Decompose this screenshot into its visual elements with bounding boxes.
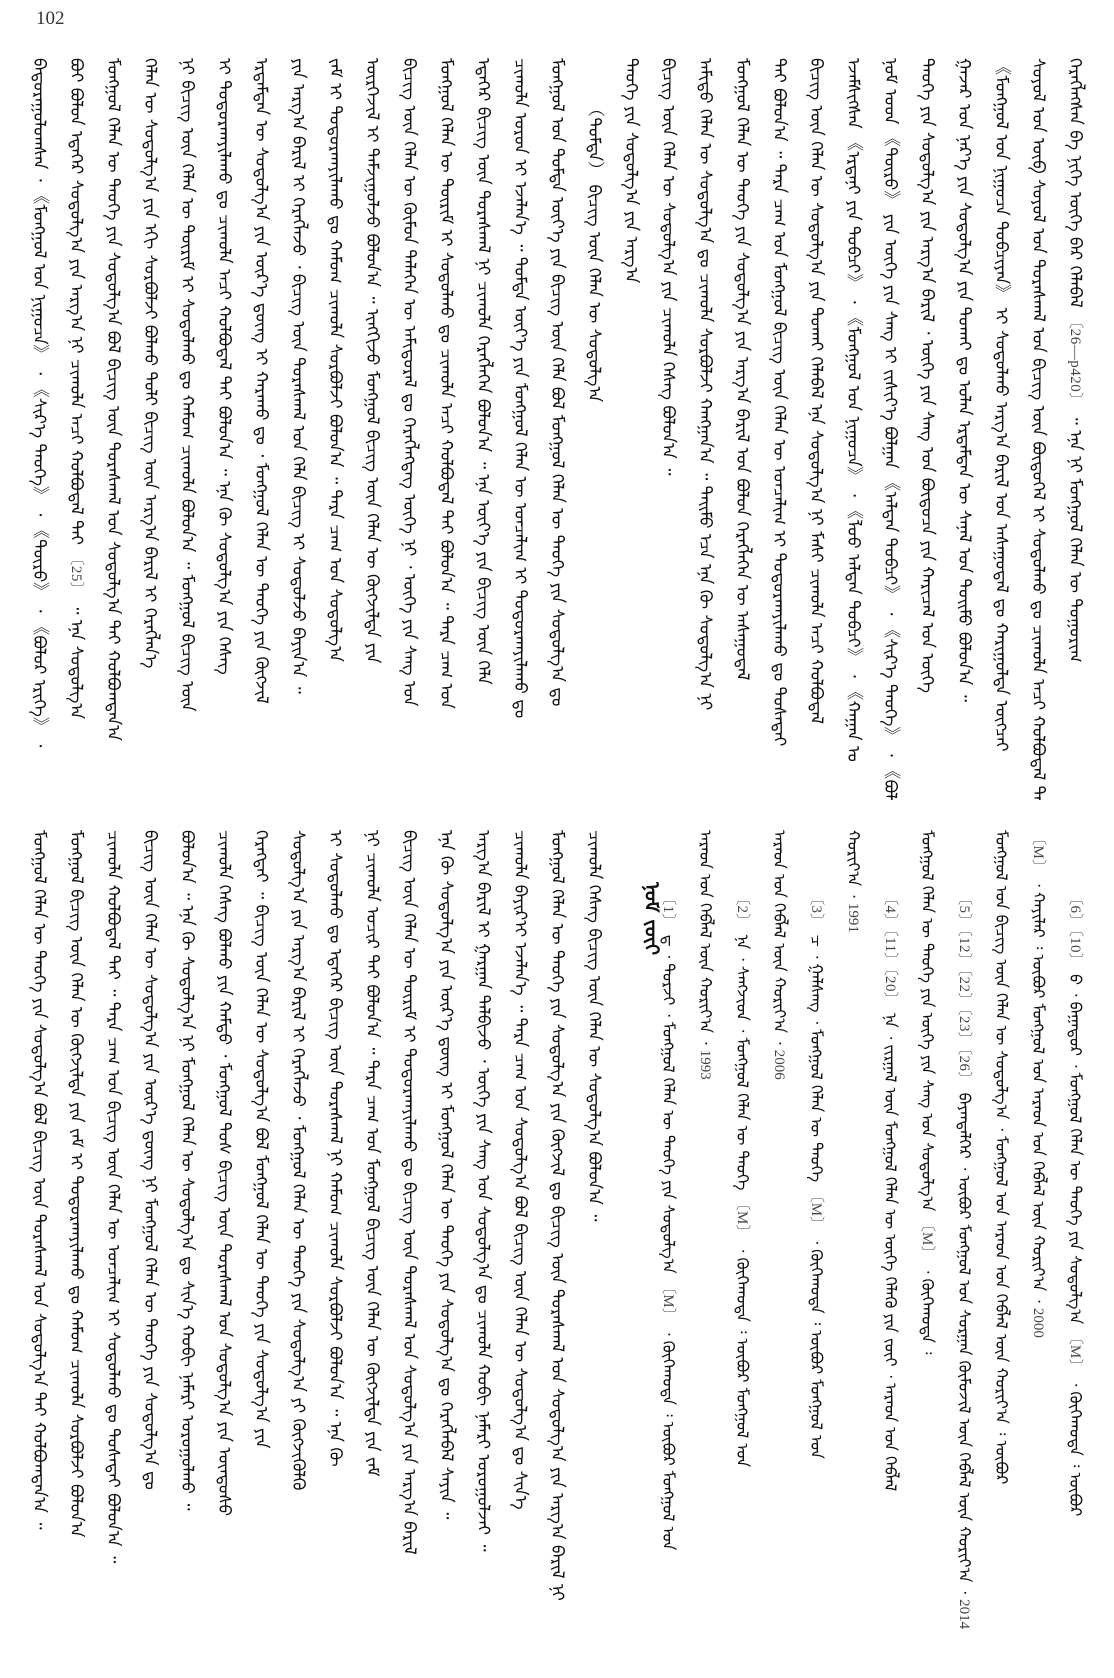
year: 1991: [845, 903, 861, 933]
mongolian-text: ᠠᠮᠢᠳᠤ ᠬᠡᠯᠡᠨ ᠦ ᠰᠤᠳᠤᠯᠭ᠎ᠠ ᠳᠤ ᠴᠢᠬᠤᠯᠠ ᠰᠤᠷᠪᠤᠯᠵ…: [695, 58, 715, 710]
reference-entry: ᠠᠷᠠᠳ ᠤᠨ ᠬᠡᠪᠯᠡᠯ ᠦᠨ ᠬᠣᠷᠢᠶ᠎ᠠ ᠂ 1993: [693, 830, 717, 1660]
text-column: ᠡᠷᠳᠡᠮᠲᠡᠨ ᠦ ᠰᠤᠳᠤᠯᠭ᠎ᠠ ᠶᠢᠨ ᠦᠷ᠎ᠡ ᠳ᠋ᠦᠩ ᠢ ᠬᠠᠷᠠ…: [249, 58, 273, 800]
reference-entry: 〔2〕 ᠨᠠ ᠂ ᠰᠠᠩᠵᠢᠳ ᠂ ᠮᠣᠩᠭᠣᠯ ᠬᠡᠯᠡᠨ ᠦ ᠲᠡᠦᠬᠡ 〔…: [730, 890, 754, 1660]
text-column: ᠮᠣᠩᠭᠣᠯ ᠬᠡᠯᠡᠨ ᠦ ᠲᠡᠦᠬᠡ ᠶᠢᠨ ᠰᠤᠳᠤᠯᠭ᠎ᠠ ᠪᠣᠯ ᠪᠢ…: [27, 830, 51, 1668]
text-column: ᠢ ᠰᠤᠳᠤᠯᠬᠤ ᠳᠤ ᠡᠳᠡᠭᠡᠷ ᠪᠢᠴᠢᠭ ᠦᠨ ᠳᠤᠷᠠᠰᠬᠠᠯ ᠨᠢ…: [323, 830, 347, 1668]
citation-marker: 〔26—p420〕: [1067, 313, 1083, 408]
text-column: ᠴᠢᠬᠤᠯᠠ ᠪᠠᠶᠢᠷ᠎ᠢ ᠡᠵᠡᠯᠡᠨ᠎ᠡ ᠃ ᠲᠡᠷᠡ ᠴᠠᠭ ᠤᠨ ᠰᠤ…: [508, 830, 532, 1668]
main-text-top-band: ᠬᠡᠷᠡᠭᠯᠡᠭᠰᠡᠨ ᠪᠠ ᠨᠢᠭᠡ ᠦᠭᠡ ᠪᠡᠷ ᠬᠡᠯᠡᠪᠡᠯ 〔26—…: [0, 0, 1114, 810]
mongolian-text: ᠴ ᠂ ᠭᠠᠯᠰᠠᠩ ᠂ ᠮᠣᠩᠭᠣᠯ ᠬᠡᠯᠡᠨ ᠦ ᠲᠡᠦᠬᠡ: [807, 929, 826, 1187]
mongolian-text: ᠂ ᠬᠥᠬᠡᠬᠣᠲᠠ ᠄ ᠥᠪᠥᠷ ᠮᠣᠩᠭᠣᠯ ᠤᠨ: [807, 1232, 826, 1459]
mongolian-text: ᠴᠢᠬᠤᠯᠠ ᠬᠡᠰᠡᠭ ᠪᠣᠯᠬᠤ ᠶᠢᠨ ᠬᠠᠮᠲᠤ ᠂ ᠮᠣᠩᠭᠣᠯ ᠲᠤ…: [214, 830, 234, 1516]
text-column: ᠡᠨᠡ ᠬᠦ ᠰᠤᠳᠤᠯᠭ᠎ᠠ ᠶᠢᠨ ᠦᠷ᠎ᠡ ᠳ᠋ᠦᠩ ᠢ ᠮᠣᠩᠭᠣᠯ ᠬ…: [434, 830, 458, 1668]
mongolian-text: ᠶᠢᠨ ᠠᠷᠭ᠎ᠠ ᠪᠠᠷᠢᠯ ᠢ ᠬᠡᠷᠡᠭᠯᠡᠵᠦ ᠂ ᠪᠢᠴᠢᠭ ᠦᠨ ᠳ…: [288, 58, 308, 694]
citation-marker: 〔3〕: [808, 890, 824, 929]
mongolian-text: ᠮᠣᠩᠭᠣᠯ ᠤᠨ ᠳᠤᠮᠳᠠ ᠦᠶ᠎ᠡ ᠶᠢᠨ ᠪᠢᠴᠢᠭ ᠦᠨ ᠬᠡᠯᠡ ᠪ…: [547, 58, 567, 706]
reference-entry: ᠮᠣᠩᠭᠣᠯ ᠬᠡᠯᠡᠨ ᠦ ᠲᠡᠦᠬᠡ ᠶᠢᠨ ᠦᠭᠡ ᠶᠢᠨ ᠰᠠᠩ ᠤᠨ …: [915, 830, 939, 1660]
reference-entry: 〔M〕 ᠂ ᠬᠠᠶᠢᠯᠠᠷ ᠄ ᠥᠪᠥᠷ ᠮᠣᠩᠭᠣᠯ ᠤᠨ ᠠᠷᠠᠳ ᠤᠨ ᠬ…: [1026, 830, 1050, 1660]
mongolian-text: ᠪ ᠂ ᠪᠠᠭᠠᠲᠤᠷ ᠂ ᠮᠣᠩᠭᠣᠯ ᠬᠡᠯᠡᠨ ᠦ ᠲᠡᠦᠬᠡ ᠶᠢᠨ ᠰ…: [1066, 969, 1085, 1330]
citation-marker: 〔M〕: [734, 1196, 750, 1241]
mongolian-text: ᠲᠡᠦᠬᠡ ᠶᠢᠨ ᠰᠤᠳᠤᠯᠭ᠎ᠠ ᠶᠢᠨ ᠠᠷᠭ᠎ᠠ: [621, 58, 641, 283]
citation-marker: 〔4〕: [882, 890, 898, 929]
text-column: ᠪᠢᠴᠢᠭ ᠦᠨ ᠬᠡᠯᠡᠨ ᠦ ᠰᠤᠳᠤᠯᠭ᠎ᠠ ᠶᠢᠨ ᠦᠷ᠎ᠡ ᠳ᠋ᠦᠩ …: [138, 830, 162, 1668]
mongolian-text: ᠵᠠᠮ ᠢ ᠲᠣᠳᠤᠷᠬᠠᠶᠢᠯᠠᠬᠤ ᠳᠤ ᠬᠠᠮᠤᠭ ᠴᠢᠬᠤᠯᠠ ᠰᠤᠷᠪ…: [325, 58, 345, 662]
text-column: ᠵᠠᠮ ᠢ ᠲᠣᠳᠤᠷᠬᠠᠶᠢᠯᠠᠬᠤ ᠳᠤ ᠬᠠᠮᠤᠭ ᠴᠢᠬᠤᠯᠠ ᠰᠤᠷᠪ…: [323, 58, 347, 800]
citation-marker: 〔5〕: [956, 890, 972, 929]
reference-entry: 〔4〕〔11〕〔20〕 ᠨᠠ ᠂ ᠵᠢᠷᠭᠠᠯ ᠦᠨ ᠮᠣᠩᠭᠣᠯ ᠬᠡᠯᠡᠨ …: [878, 890, 902, 1660]
year: 1993: [697, 1050, 713, 1080]
mongolian-text: ᠬᠣᠷᠢᠶ᠎ᠠ ᠂: [844, 830, 863, 903]
mongolian-text: ᠠᠷᠠᠳ ᠤᠨ ᠬᠡᠪᠯᠡᠯ ᠦᠨ ᠬᠣᠷᠢᠶ᠎ᠠ ᠂: [696, 830, 715, 1050]
year: 2014: [956, 1599, 972, 1629]
text-column: ᠬᠡᠷᠡᠭᠲᠡᠢ ᠃ ᠪᠢᠴᠢᠭ ᠦᠨ ᠬᠡᠯᠡᠨ ᠦ ᠰᠤᠳᠤᠯᠭ᠎ᠠ ᠪᠣᠯ…: [249, 830, 273, 1668]
text-column: ᠪᠣᠯᠤᠨ᠎ᠠ ᠃ ᠡᠨᠡ ᠬᠦ ᠰᠤᠳᠤᠯᠭ᠎ᠠ ᠨᠢ ᠮᠣᠩᠭᠣᠯ ᠬᠡᠯᠡ…: [175, 830, 199, 1668]
citation-marker: 〔2〕: [734, 890, 750, 929]
mongolian-text: ᠨᠢ ᠪᠢᠴᠢᠭ ᠦᠨ ᠬᠡᠯᠡᠨ ᠦ ᠳᠦᠷᠢᠮ ᠢ ᠰᠤᠳᠤᠯᠬᠤ ᠳᠤ ᠬ…: [177, 58, 197, 712]
citation-marker: 〔6〕: [1067, 890, 1083, 929]
mongolian-text: ᠮᠣᠩᠭᠣᠯ ᠬᠡᠯᠡᠨ ᠦ ᠲᠡᠦᠬᠡ ᠶᠢᠨ ᠰᠤᠳᠤᠯᠭ᠎ᠠ ᠪᠣᠯ ᠪᠢ…: [29, 830, 49, 1530]
mongolian-text: ᠪᠤᠢ ᠪᠣᠯᠤᠨ ᠡᠳᠡᠭᠡᠷ ᠰᠤᠳᠤᠯᠭ᠎ᠠ ᠶᠢᠨ ᠠᠷᠭ᠎ᠠ ᠨᠢ ᠴ…: [66, 58, 86, 550]
mongolian-text: ᠪᠢᠴᠢᠭ ᠦᠨ ᠬᠡᠯᠡᠨ ᠦ ᠬᠦᠮᠦᠨ ᠲᠡᠯᠡᠭᠡᠨ ᠦ ᠠᠮᠢᠳᠤᠷᠠ…: [399, 58, 419, 706]
mongolian-text: ᠃ ᠡᠨᠡ ᠨᠢ ᠮᠣᠩᠭᠣᠯ ᠬᠡᠯᠡᠨ ᠦ ᠲᠤᠭᠤᠷᠢᠭ: [1065, 408, 1085, 663]
mongolian-text: ᠢ ᠰᠤᠳᠤᠯᠬᠤ ᠳᠤ ᠡᠳᠡᠭᠡᠷ ᠪᠢᠴᠢᠭ ᠦᠨ ᠳᠤᠷᠠᠰᠬᠠᠯ ᠨᠢ…: [325, 830, 345, 1467]
mongolian-text: ᠲᠡᠦᠬᠡ ᠶᠢᠨ ᠰᠤᠳᠤᠯᠭ᠎ᠠ ᠶᠢᠨ ᠠᠷᠭ᠎ᠠ ᠪᠠᠷᠢᠯ ᠂ ᠦᠭᠡ…: [917, 58, 937, 693]
mongolian-text: ᠪᠢᠴᠢᠭ ᠦᠨ ᠬᠡᠯᠡᠨ ᠦ ᠰᠤᠳᠤᠯᠭ᠎ᠠ ᠶᠢᠨ ᠦᠷ᠎ᠡ ᠳ᠋ᠦᠩ …: [140, 830, 160, 1490]
mongolian-text: ᠪᠠᠳᠤᠷᠠᠭᠤᠯᠤᠭᠰᠠᠨ ᠂ 《ᠮᠣᠩᠭᠣᠯ ᠤᠨ ᠨᠢᠭᠤᠴᠠ》 ᠂ 《ᠰ…: [29, 58, 49, 747]
mongolian-text: ᠨᠠ ᠂ ᠵᠢᠷᠭᠠᠯ ᠦᠨ ᠮᠣᠩᠭᠣᠯ ᠬᠡᠯᠡᠨ ᠦ ᠦᠭᠡ ᠬᠡᠯᠡᠬᠦ…: [881, 1007, 900, 1491]
citation-marker: 〔M〕: [808, 1187, 824, 1232]
text-column: ᠮᠣᠩᠭᠣᠯ ᠬᠡᠯᠡᠨ ᠦ ᠳᠦᠷᠢᠮ ᠢ ᠰᠤᠳᠤᠯᠬᠤ ᠳᠤ ᠴᠢᠬᠤᠯᠠ…: [434, 58, 458, 800]
mongolian-text: ᠮᠣᠩᠭᠣᠯ ᠬᠡᠯᠡᠨ ᠦ ᠳᠦᠷᠢᠮ ᠢ ᠰᠤᠳᠤᠯᠬᠤ ᠳᠤ ᠴᠢᠬᠤᠯᠠ…: [436, 58, 456, 709]
text-column: ᠠᠷᠭ᠎ᠠ ᠪᠠᠷᠢᠯ ᠢ ᠭᠠᠷᠭᠠᠨ ᠲᠠᠯᠪᠢᠵᠤ ᠂ ᠦᠭᠡ ᠶᠢᠨ ᠰ…: [471, 830, 495, 1668]
mongolian-text: ᠡᠵᠡᠮᠰᠢᠭᠰᠡᠨ 《ᠡᠷᠳᠡᠨᠢ ᠶᠢᠨ ᠲᠣᠪᠴᠢ》 ᠂ 《ᠮᠣᠩᠭᠣᠯ …: [843, 58, 863, 762]
reference-entry: 〔1〕 ᠳ ᠂ ᠳᠣᠷᠵᠢ ᠂ ᠮᠣᠩᠭᠣᠯ ᠬᠡᠯᠡᠨ ᠦ ᠲᠡᠦᠬᠡ ᠶᠢᠨ…: [656, 890, 680, 1660]
text-column: ᠨᠢ ᠪᠢᠴᠢᠭ ᠦᠨ ᠬᠡᠯᠡᠨ ᠦ ᠳᠦᠷᠢᠮ ᠢ ᠰᠤᠳᠤᠯᠬᠤ ᠳᠤ ᠬ…: [175, 58, 199, 800]
text-column: ᠪᠢᠴᠢᠭ ᠦᠨ ᠬᠡᠯᠡᠨ ᠦ ᠰᠤᠳᠤᠯᠭ᠎ᠠ ᠶᠢᠨ ᠴᠢᠬᠤᠯᠠ ᠬᠡᠰ…: [656, 58, 680, 800]
text-column: ᠠᠮᠢᠳᠤ ᠬᠡᠯᠡᠨ ᠦ ᠰᠤᠳᠤᠯᠭ᠎ᠠ ᠳᠤ ᠴᠢᠬᠤᠯᠠ ᠰᠤᠷᠪᠤᠯᠵ…: [693, 58, 717, 800]
mongolian-text: ᠪᠠᠶᠠᠨᠳᠡᠯᠭᠡᠷ ᠂ ᠥᠪᠥᠷ ᠮᠣᠩᠭᠣᠯ ᠤᠨ ᠰᠤᠷᠭᠠᠨ ᠬᠦᠮᠦ…: [955, 1087, 974, 1599]
mongolian-text: ᠴᠢᠬᠤᠯᠠ ᠬᠣᠯᠪᠣᠳᠠᠯ ᠲᠠᠢ ᠃ ᠲᠡᠷᠡ ᠴᠠᠭ ᠤᠨ ᠪᠢᠴᠢᠭ …: [103, 830, 123, 1563]
text-column: ᠡᠵᠡᠮᠰᠢᠭᠰᠡᠨ 《ᠡᠷᠳᠡᠨᠢ ᠶᠢᠨ ᠲᠣᠪᠴᠢ》 ᠂ 《ᠮᠣᠩᠭᠣᠯ …: [841, 58, 865, 800]
mongolian-text: ᠠᠷᠠᠳ ᠤᠨ ᠬᠡᠪᠯᠡᠯ ᠦᠨ ᠬᠣᠷᠢᠶ᠎ᠠ ᠂: [770, 830, 789, 1050]
mongolian-text: （ᠳᠤᠮᠳᠠ） ᠪᠢᠴᠢᠭ ᠦᠨ ᠬᠡᠯᠡᠨ ᠦ ᠰᠤᠳᠤᠯᠭ᠎ᠠ: [584, 100, 604, 402]
mongolian-text: ᠴᠢᠬᠤᠯᠠ ᠣᠷᠣᠨ ᠢ ᠡᠵᠡᠯᠡᠨ᠎ᠡ ᠃ ᠳᠤᠮᠳᠠ ᠦᠶ᠎ᠡ ᠶᠢᠨ …: [510, 58, 530, 718]
mongolian-text: ᠨᠢ ᠴᠢᠬᠤᠯᠠ ᠤᠴᠢᠷ ᠲᠠᠢ ᠪᠣᠯᠤᠨ᠎ᠠ ᠃ ᠲᠡᠷᠡ ᠴᠠᠭ ᠤᠨ…: [362, 830, 382, 1477]
citation-marker: 〔10〕: [1067, 929, 1083, 969]
citation-marker: 〔12〕: [956, 929, 972, 969]
mongolian-text: ᠂ ᠬᠠᠶᠢᠯᠠᠷ ᠄ ᠥᠪᠥᠷ ᠮᠣᠩᠭᠣᠯ ᠤᠨ ᠠᠷᠠᠳ ᠤᠨ ᠬᠡᠪᠯᠡ…: [1029, 875, 1048, 1308]
mongolian-text: ᠬᠡᠯᠡᠨ ᠦ ᠰᠤᠳᠤᠯᠭ᠎ᠠ ᠶᠢᠨ ᠡᠬᠢ ᠰᠤᠷᠪᠤᠯᠵᠢ ᠪᠣᠯᠬᠤ …: [140, 58, 160, 668]
mongolian-text: ᠮᠣᠩᠭᠣᠯ ᠤᠨ ᠪᠢᠴᠢᠭ ᠦᠨ ᠬᠡᠯᠡᠨ ᠦ ᠰᠤᠳᠤᠯᠭ᠎ᠠ ᠂ ᠮᠣ…: [992, 830, 1011, 1484]
mongolian-text: ᠂ ᠬᠥᠬᠡᠬᠣᠲᠠ ᠄: [918, 1261, 937, 1354]
text-column: ᠨᠣᠮ ᠤᠳ 《ᠲᠦᠷᠦ》 ᠶᠢᠨ ᠦᠭᠡ ᠶᠢᠨ ᠰᠠᠩ ᠢ ᠵᠢᠱᠢᠶ᠎ᠡ …: [878, 58, 902, 800]
mongolian-text: ᠂ ᠬᠥᠬᠡᠬᠣᠲᠠ ᠄ ᠥᠪᠥᠷ ᠮᠣᠩᠭᠣᠯ ᠤᠨ: [733, 1240, 752, 1467]
text-column: ᠮᠣᠩᠭᠣᠯ ᠤᠨ ᠳᠤᠮᠳᠠ ᠦᠶ᠎ᠡ ᠶᠢᠨ ᠪᠢᠴᠢᠭ ᠦᠨ ᠬᠡᠯᠡ ᠪ…: [545, 58, 569, 800]
text-column: ᠭᠠᠵᠠᠷ ᠤᠨ ᠨᠡᠷ᠎ᠡ ᠶᠢᠨ ᠰᠤᠳᠤᠯᠭ᠎ᠠ ᠶᠢᠨ ᠲᠤᠬᠠᠢ ᠳᠤ…: [952, 58, 976, 800]
text-column: （ᠳᠤᠮᠳᠠ） ᠪᠢᠴᠢᠭ ᠦᠨ ᠬᠡᠯᠡᠨ ᠦ ᠰᠤᠳᠤᠯᠭ᠎ᠠ: [582, 100, 606, 580]
mongolian-text: ᠂ ᠬᠥᠬᠡᠬᠣᠲᠠ ᠄ ᠥᠪᠥᠷ: [1066, 1374, 1085, 1516]
text-column: ᠴᠢᠬᠤᠯᠠ ᠬᠣᠯᠪᠣᠳᠠᠯ ᠲᠠᠢ ᠃ ᠲᠡᠷᠡ ᠴᠠᠭ ᠤᠨ ᠪᠢᠴᠢᠭ …: [101, 830, 125, 1668]
mongolian-text: ᠬᠡᠷᠡᠭᠲᠡᠢ ᠃ ᠪᠢᠴᠢᠭ ᠦᠨ ᠬᠡᠯᠡᠨ ᠦ ᠰᠤᠳᠤᠯᠭ᠎ᠠ ᠪᠣᠯ…: [251, 830, 271, 1449]
bottom-band: ᠴᠢᠬᠤᠯᠠ ᠬᠡᠰᠡᠭ ᠪᠢᠴᠢᠭ ᠦᠨ ᠬᠡᠯᠡᠨ ᠦ ᠰᠤᠳᠤᠯᠭ᠎ᠠ ᠪ…: [0, 810, 1114, 1678]
mongolian-text: ᠴᠢᠬᠤᠯᠠ ᠬᠡᠰᠡᠭ ᠪᠢᠴᠢᠭ ᠦᠨ ᠬᠡᠯᠡᠨ ᠦ ᠰᠤᠳᠤᠯᠭ᠎ᠠ ᠪ…: [584, 830, 604, 1221]
mongolian-text: ᠦᠷᠭᠡᠵᠢᠯ ᠢ ᠳᠠᠮᠵᠢᠭᠤᠯᠵᠤ ᠪᠣᠯᠤᠨ᠎ᠠ ᠃ ᠢᠩᠭᠢᠵᠦ ᠮᠣ…: [362, 58, 382, 663]
citation-marker: 〔11〕: [882, 929, 898, 968]
mongolian-text: ᠮᠣᠩᠭᠣᠯ ᠬᠡᠯᠡᠨ ᠦ ᠲᠡᠦᠬᠡ ᠶᠢᠨ ᠰᠤᠳᠤᠯᠭ᠎ᠠ ᠶᠢᠨ ᠬᠥ…: [547, 830, 567, 1601]
year: 2006: [771, 1050, 787, 1080]
mongolian-text: ᠡᠳᠡᠭᠡᠷ ᠪᠢᠴᠢᠭ ᠦᠨ ᠳᠤᠷᠠᠰᠬᠠᠯ ᠨᠢ ᠴᠢᠬᠤᠯᠠ ᠬᠡᠷᠡᠭ…: [473, 58, 493, 685]
citation-marker: 〔M〕: [660, 1279, 676, 1324]
mongolian-text: ᠃ ᠡᠨᠡ ᠰᠤᠳᠤᠯᠭ᠎ᠠ: [66, 597, 86, 719]
reference-entry: ᠬᠣᠷᠢᠶ᠎ᠠ ᠂ 1991: [841, 830, 865, 1660]
text-column: 《ᠮᠣᠩᠭᠣᠯ ᠤᠨ ᠨᠢᠭᠤᠴᠠ ᠲᠣᠪᠴᠢᠶᠠᠨ》 ᠢ ᠰᠤᠳᠤᠯᠬᠤ ᠠᠷ…: [989, 58, 1013, 800]
reference-entry: ᠮᠣᠩᠭᠣᠯ ᠤᠨ ᠪᠢᠴᠢᠭ ᠦᠨ ᠬᠡᠯᠡᠨ ᠦ ᠰᠤᠳᠤᠯᠭ᠎ᠠ ᠂ ᠮᠣ…: [989, 830, 1013, 1660]
text-column: ᠮᠣᠩᠭᠣᠯ ᠬᠡᠯᠡᠨ ᠦ ᠲᠡᠦᠬᠡ ᠶᠢᠨ ᠰᠤᠳᠤᠯᠭ᠎ᠠ ᠶᠢᠨ ᠬᠥ…: [545, 830, 569, 1668]
text-column: ᠢ ᠲᠣᠳᠤᠷᠬᠠᠶᠢᠯᠠᠬᠤ ᠳᠤ ᠴᠢᠬᠤᠯᠠ ᠠᠴᠢ ᠬᠣᠯᠪᠣᠳᠠᠯ ᠲ…: [212, 58, 236, 800]
mongolian-text: ᠨᠠ ᠂ ᠰᠠᠩᠵᠢᠳ ᠂ ᠮᠣᠩᠭᠣᠯ ᠬᠡᠯᠡᠨ ᠦ ᠲᠡᠦᠬᠡ: [733, 929, 752, 1196]
text-column: ᠨᠢ ᠴᠢᠬᠤᠯᠠ ᠤᠴᠢᠷ ᠲᠠᠢ ᠪᠣᠯᠤᠨ᠎ᠠ ᠃ ᠲᠡᠷᠡ ᠴᠠᠭ ᠤᠨ…: [360, 830, 384, 1668]
text-column: ᠲᠡᠦᠬᠡ ᠶᠢᠨ ᠰᠤᠳᠤᠯᠭ᠎ᠠ ᠶᠢᠨ ᠠᠷᠭ᠎ᠠ ᠪᠠᠷᠢᠯ ᠂ ᠦᠭᠡ…: [915, 58, 939, 800]
mongolian-text: ᠭᠠᠵᠠᠷ ᠤᠨ ᠨᠡᠷ᠎ᠡ ᠶᠢᠨ ᠰᠤᠳᠤᠯᠭ᠎ᠠ ᠶᠢᠨ ᠲᠤᠬᠠᠢ ᠳᠤ…: [954, 58, 974, 702]
citation-marker: 〔23〕: [956, 1008, 972, 1048]
mongolian-text: ᠪᠢᠴᠢᠭ ᠦᠨ ᠬᠡᠯᠡᠨ ᠦ ᠰᠤᠳᠤᠯᠭ᠎ᠠ ᠶᠢᠨ ᠲᠤᠬᠠᠢ ᠬᠡᠯᠡ…: [806, 58, 826, 724]
citation-marker: 〔25〕: [68, 550, 84, 597]
mongolian-text: ᠂ ᠬᠥᠬᠡᠬᠣᠲᠠ ᠄ ᠥᠪᠥᠷ ᠮᠣᠩᠭᠣᠯ ᠤᠨ: [659, 1324, 678, 1551]
year: 2000: [1030, 1308, 1046, 1338]
mongolian-text: ᠬᠡᠷᠡᠭᠯᠡᠭᠰᠡᠨ ᠪᠠ ᠨᠢᠭᠡ ᠦᠭᠡ ᠪᠡᠷ ᠬᠡᠯᠡᠪᠡᠯ: [1065, 58, 1085, 313]
text-column: ᠪᠢᠴᠢᠭ ᠦᠨ ᠬᠡᠯᠡᠨ ᠦ ᠳᠦᠷᠢᠮ ᠢ ᠲᠣᠳᠤᠷᠬᠠᠶᠢᠯᠠᠬᠤ ᠳ…: [397, 830, 421, 1668]
text-column: ᠪᠠᠳᠤᠷᠠᠭᠤᠯᠤᠭᠰᠠᠨ ᠂ 《ᠮᠣᠩᠭᠣᠯ ᠤᠨ ᠨᠢᠭᠤᠴᠠ》 ᠂ 《ᠰ…: [27, 58, 51, 800]
mongolian-text: ᠲᠠᠢ ᠪᠣᠯᠤᠨ᠎ᠠ ᠃ ᠲᠡᠷᠡ ᠴᠠᠭ ᠤᠨ ᠮᠣᠩᠭᠣᠯ ᠪᠢᠴᠢᠭ ᠦ…: [769, 58, 789, 746]
reference-entry: ᠠᠷᠠᠳ ᠤᠨ ᠬᠡᠪᠯᠡᠯ ᠦᠨ ᠬᠣᠷᠢᠶ᠎ᠠ ᠂ 2006: [767, 830, 791, 1660]
text-column: ᠦᠷᠭᠡᠵᠢᠯ ᠢ ᠳᠠᠮᠵᠢᠭᠤᠯᠵᠤ ᠪᠣᠯᠤᠨ᠎ᠠ ᠃ ᠢᠩᠭᠢᠵᠦ ᠮᠣ…: [360, 58, 384, 800]
citation-marker: 〔20〕: [882, 968, 898, 1008]
citation-marker: 〔1〕: [660, 890, 676, 929]
mongolian-text: ᠡᠷᠳᠡᠮᠲᠡᠨ ᠦ ᠰᠤᠳᠤᠯᠭ᠎ᠠ ᠶᠢᠨ ᠦᠷ᠎ᠡ ᠳ᠋ᠦᠩ ᠢ ᠬᠠᠷᠠ…: [251, 58, 271, 704]
mongolian-text: ᠴᠢᠬᠤᠯᠠ ᠪᠠᠶᠢᠷ᠎ᠢ ᠡᠵᠡᠯᠡᠨ᠎ᠡ ᠃ ᠲᠡᠷᠡ ᠴᠠᠭ ᠤᠨ ᠰᠤ…: [510, 830, 530, 1510]
mongolian-text: ᠡᠨᠡ ᠬᠦ ᠰᠤᠳᠤᠯᠭ᠎ᠠ ᠶᠢᠨ ᠦᠷ᠎ᠡ ᠳ᠋ᠦᠩ ᠢ ᠮᠣᠩᠭᠣᠯ ᠬ…: [436, 830, 456, 1519]
mongolian-text: ᠮᠣᠩᠭᠣᠯ ᠪᠢᠴᠢᠭ ᠦᠨ ᠬᠡᠯᠡᠨ ᠦ ᠬᠥᠭᠵᠢᠯᠲᠡ ᠶᠢᠨ ᠵᠠᠮ…: [66, 830, 86, 1537]
text-column: ᠰᠤᠳᠤᠯᠭ᠎ᠠ ᠶᠢᠨ ᠠᠷᠭ᠎ᠠ ᠪᠠᠷᠢᠯ ᠢ ᠬᠡᠷᠡᠭᠯᠡᠵᠦ ᠂ ᠮ…: [286, 830, 310, 1668]
text-column: ᠲᠠᠢ ᠪᠣᠯᠤᠨ᠎ᠠ ᠃ ᠲᠡᠷᠡ ᠴᠠᠭ ᠤᠨ ᠮᠣᠩᠭᠣᠯ ᠪᠢᠴᠢᠭ ᠦ…: [767, 58, 791, 800]
citation-marker: 〔26〕: [956, 1048, 972, 1088]
text-column: ᠡᠳᠡᠭᠡᠷ ᠪᠢᠴᠢᠭ ᠦᠨ ᠳᠤᠷᠠᠰᠬᠠᠯ ᠨᠢ ᠴᠢᠬᠤᠯᠠ ᠬᠡᠷᠡᠭ…: [471, 58, 495, 800]
text-column: ᠮᠣᠩᠭᠣᠯ ᠪᠢᠴᠢᠭ ᠦᠨ ᠬᠡᠯᠡᠨ ᠦ ᠬᠥᠭᠵᠢᠯᠲᠡ ᠶᠢᠨ ᠵᠠᠮ…: [64, 830, 88, 1668]
citation-marker: 〔22〕: [956, 969, 972, 1009]
text-column: ᠲᠡᠦᠬᠡ ᠶᠢᠨ ᠰᠤᠳᠤᠯᠭ᠎ᠠ ᠶᠢᠨ ᠠᠷᠭ᠎ᠠ: [619, 58, 643, 478]
text-column: ᠮᠣᠩᠭᠣᠯ ᠬᠡᠯᠡᠨ ᠦ ᠲᠡᠦᠬᠡ ᠶᠢᠨ ᠰᠤᠳᠤᠯᠭ᠎ᠠ ᠶᠢᠨ ᠠᠷ…: [730, 58, 754, 800]
reference-entry: 〔6〕〔10〕 ᠪ ᠂ ᠪᠠᠭᠠᠲᠤᠷ ᠂ ᠮᠣᠩᠭᠣᠯ ᠬᠡᠯᠡᠨ ᠦ ᠲᠡᠦ…: [1063, 890, 1087, 1660]
mongolian-text: ᠪᠣᠯᠤᠨ᠎ᠠ ᠃ ᠡᠨᠡ ᠬᠦ ᠰᠤᠳᠤᠯᠭ᠎ᠠ ᠨᠢ ᠮᠣᠩᠭᠣᠯ ᠬᠡᠯᠡ…: [177, 830, 197, 1511]
mongolian-text: ᠢ ᠲᠣᠳᠤᠷᠬᠠᠶᠢᠯᠠᠬᠤ ᠳᠤ ᠴᠢᠬᠤᠯᠠ ᠠᠴᠢ ᠬᠣᠯᠪᠣᠳᠠᠯ ᠲ…: [214, 58, 234, 675]
text-column: ᠴᠢᠬᠤᠯᠠ ᠣᠷᠣᠨ ᠢ ᠡᠵᠡᠯᠡᠨ᠎ᠡ ᠃ ᠳᠤᠮᠳᠠ ᠦᠶ᠎ᠡ ᠶᠢᠨ …: [508, 58, 532, 800]
mongolian-text: ᠮᠣᠩᠭᠣᠯ ᠬᠡᠯᠡᠨ ᠦ ᠲᠡᠦᠬᠡ ᠶᠢᠨ ᠦᠭᠡ ᠶᠢᠨ ᠰᠠᠩ ᠤᠨ …: [918, 830, 937, 1217]
text-column: ᠬᠡᠷᠡᠭᠯᠡᠭᠰᠡᠨ ᠪᠠ ᠨᠢᠭᠡ ᠦᠭᠡ ᠪᠡᠷ ᠬᠡᠯᠡᠪᠡᠯ 〔26—…: [1063, 58, 1087, 800]
mongolian-text: ᠪᠢᠴᠢᠭ ᠦᠨ ᠬᠡᠯᠡᠨ ᠦ ᠰᠤᠳᠤᠯᠭ᠎ᠠ ᠶᠢᠨ ᠴᠢᠬᠤᠯᠠ ᠬᠡᠰ…: [658, 58, 678, 475]
citation-marker: 〔M〕: [1030, 830, 1046, 875]
mongolian-text: ᠳ ᠂ ᠳᠣᠷᠵᠢ ᠂ ᠮᠣᠩᠭᠣᠯ ᠬᠡᠯᠡᠨ ᠦ ᠲᠡᠦᠬᠡ ᠶᠢᠨ ᠰᠤᠳ…: [659, 929, 678, 1279]
text-column: ᠴᠢᠬᠤᠯᠠ ᠬᠡᠰᠡᠭ ᠪᠣᠯᠬᠤ ᠶᠢᠨ ᠬᠠᠮᠲᠤ ᠂ ᠮᠣᠩᠭᠣᠯ ᠲᠤ…: [212, 830, 236, 1668]
mongolian-text: ᠨᠣᠮ ᠤᠳ 《ᠲᠦᠷᠦ》 ᠶᠢᠨ ᠦᠭᠡ ᠶᠢᠨ ᠰᠠᠩ ᠢ ᠵᠢᠱᠢᠶ᠎ᠡ …: [880, 58, 900, 800]
reference-entry: 〔5〕〔12〕〔22〕〔23〕〔26〕 ᠪᠠᠶᠠᠨᠳᠡᠯᠭᠡᠷ ᠂ ᠥᠪᠥᠷ ᠮ…: [952, 890, 976, 1660]
mongolian-text: ᠮᠣᠩᠭᠣᠯ ᠬᠡᠯᠡᠨ ᠦ ᠲᠡᠦᠬᠡ ᠶᠢᠨ ᠰᠤᠳᠤᠯᠭ᠎ᠠ ᠶᠢᠨ ᠠᠷ…: [732, 58, 752, 680]
citation-marker: 〔M〕: [1067, 1329, 1083, 1374]
mongolian-text: ᠰᠣᠶᠣᠯ ᠤᠨ ᠦᠪ ᠰᠣᠶᠣᠯ ᠤᠨ ᠳᠤᠷᠠᠰᠬᠠᠯ ᠤᠨ ᠪᠢᠴᠢᠭ ᠦ…: [1028, 58, 1048, 800]
mongolian-text: 《ᠮᠣᠩᠭᠣᠯ ᠤᠨ ᠨᠢᠭᠤᠴᠠ ᠲᠣᠪᠴᠢᠶᠠᠨ》 ᠢ ᠰᠤᠳᠤᠯᠬᠤ ᠠᠷ…: [991, 58, 1011, 752]
text-column: ᠮᠣᠩᠭᠣᠯ ᠬᠡᠯᠡᠨ ᠦ ᠲᠡᠦᠬᠡ ᠶᠢᠨ ᠰᠤᠳᠤᠯᠭ᠎ᠠ ᠪᠣᠯ ᠪᠢ…: [101, 58, 125, 800]
text-column: ᠪᠢᠴᠢᠭ ᠦᠨ ᠬᠡᠯᠡᠨ ᠦ ᠬᠦᠮᠦᠨ ᠲᠡᠯᠡᠭᠡᠨ ᠦ ᠠᠮᠢᠳᠤᠷᠠ…: [397, 58, 421, 800]
text-column: ᠰᠣᠶᠣᠯ ᠤᠨ ᠦᠪ ᠰᠣᠶᠣᠯ ᠤᠨ ᠳᠤᠷᠠᠰᠬᠠᠯ ᠤᠨ ᠪᠢᠴᠢᠭ ᠦ…: [1026, 58, 1050, 800]
text-column: ᠶᠢᠨ ᠠᠷᠭ᠎ᠠ ᠪᠠᠷᠢᠯ ᠢ ᠬᠡᠷᠡᠭᠯᠡᠵᠦ ᠂ ᠪᠢᠴᠢᠭ ᠦᠨ ᠳ…: [286, 58, 310, 800]
mongolian-text: ᠰᠤᠳᠤᠯᠭ᠎ᠠ ᠶᠢᠨ ᠠᠷᠭ᠎ᠠ ᠪᠠᠷᠢᠯ ᠢ ᠬᠡᠷᠡᠭᠯᠡᠵᠦ ᠂ ᠮ…: [288, 830, 308, 1490]
reference-entry: 〔3〕 ᠴ ᠂ ᠭᠠᠯᠰᠠᠩ ᠂ ᠮᠣᠩᠭᠣᠯ ᠬᠡᠯᠡᠨ ᠦ ᠲᠡᠦᠬᠡ 〔M…: [804, 890, 828, 1660]
text-column: ᠬᠡᠯᠡᠨ ᠦ ᠰᠤᠳᠤᠯᠭ᠎ᠠ ᠶᠢᠨ ᠡᠬᠢ ᠰᠤᠷᠪᠤᠯᠵᠢ ᠪᠣᠯᠬᠤ …: [138, 58, 162, 800]
mongolian-text: ᠪᠢᠴᠢᠭ ᠦᠨ ᠬᠡᠯᠡᠨ ᠦ ᠳᠦᠷᠢᠮ ᠢ ᠲᠣᠳᠤᠷᠬᠠᠶᠢᠯᠠᠬᠤ ᠳ…: [399, 830, 419, 1555]
text-column: ᠪᠤᠢ ᠪᠣᠯᠤᠨ ᠡᠳᠡᠭᠡᠷ ᠰᠤᠳᠤᠯᠭ᠎ᠠ ᠶᠢᠨ ᠠᠷᠭ᠎ᠠ ᠨᠢ ᠴ…: [64, 58, 88, 800]
text-column: ᠪᠢᠴᠢᠭ ᠦᠨ ᠬᠡᠯᠡᠨ ᠦ ᠰᠤᠳᠤᠯᠭ᠎ᠠ ᠶᠢᠨ ᠲᠤᠬᠠᠢ ᠬᠡᠯᠡ…: [804, 58, 828, 800]
citation-marker: 〔M〕: [919, 1217, 935, 1262]
mongolian-text: ᠮᠣᠩᠭᠣᠯ ᠬᠡᠯᠡᠨ ᠦ ᠲᠡᠦᠬᠡ ᠶᠢᠨ ᠰᠤᠳᠤᠯᠭ᠎ᠠ ᠪᠣᠯ ᠪᠢ…: [103, 58, 123, 741]
mongolian-text: ᠠᠷᠭ᠎ᠠ ᠪᠠᠷᠢᠯ ᠢ ᠭᠠᠷᠭᠠᠨ ᠲᠠᠯᠪᠢᠵᠤ ᠂ ᠦᠭᠡ ᠶᠢᠨ ᠰ…: [473, 830, 493, 1552]
text-column: ᠴᠢᠬᠤᠯᠠ ᠬᠡᠰᠡᠭ ᠪᠢᠴᠢᠭ ᠦᠨ ᠬᠡᠯᠡᠨ ᠦ ᠰᠤᠳᠤᠯᠭ᠎ᠠ ᠪ…: [582, 830, 606, 1250]
